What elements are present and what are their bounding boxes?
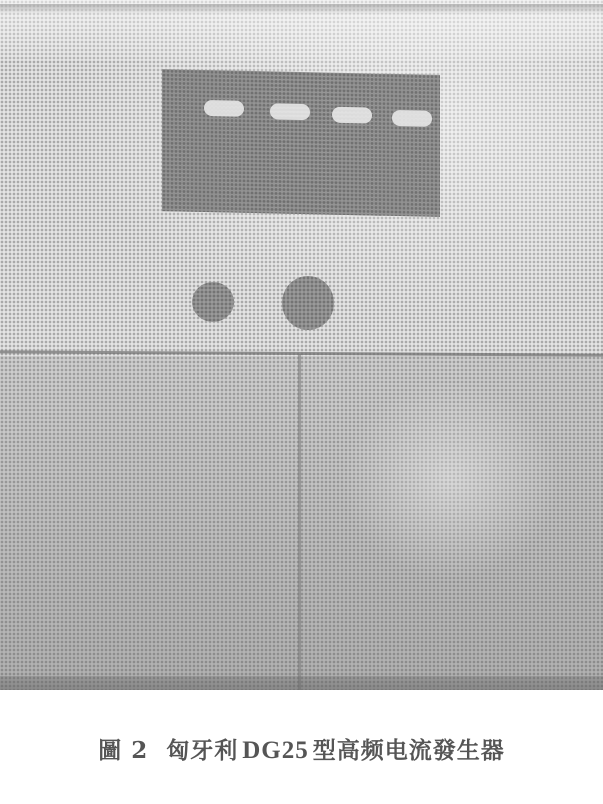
figure-caption: 圖 2匈牙利DG25型高频电流發生器 [0,732,603,765]
meter-dial-3 [332,107,372,124]
right-knob [282,276,334,330]
meter-window [162,69,440,217]
figure-label: 圖 2 [98,732,148,765]
meter-dial-1 [204,100,244,117]
lower-panel-highlight [340,380,560,580]
meter-dial-2 [270,103,310,120]
equipment-photo [0,0,603,690]
photo-bottom-edge [0,676,603,690]
cabinet-top-edge [0,4,603,14]
meter-dial-4 [392,110,432,127]
caption-maker: 匈牙利 [166,732,238,765]
caption-title: 型高频电流發生器 [313,732,505,765]
caption-model: DG25 [242,737,309,765]
door-seam-vertical [298,354,301,690]
left-knob [192,282,234,322]
